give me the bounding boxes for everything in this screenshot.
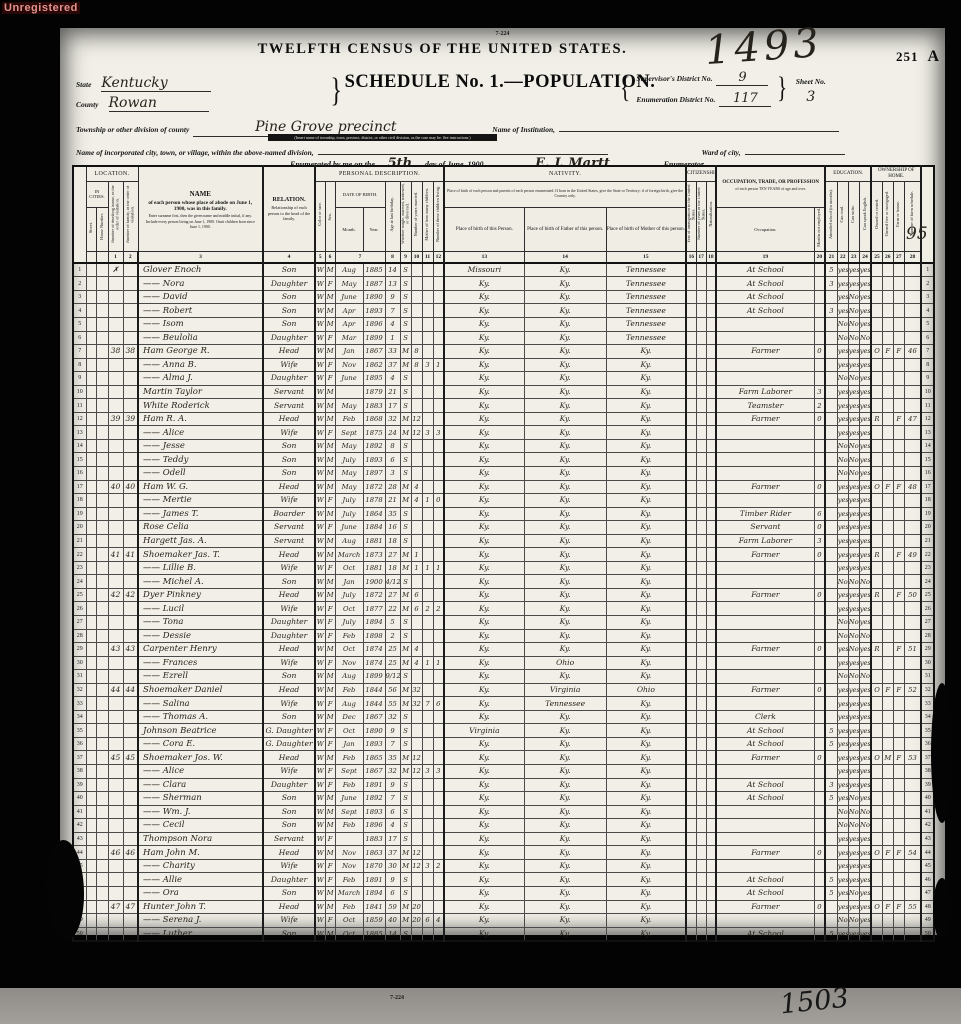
cell-street (86, 534, 96, 548)
cell-can-write: No (848, 372, 859, 386)
cell-attended-school: 5 (825, 737, 837, 751)
cell-attended-school: 5 (825, 873, 837, 887)
cell-birth-year: 1897 (363, 467, 385, 481)
table-row: 16 —— Odell Son W M May 1897 3 S Ky. Ky.… (73, 467, 934, 481)
cell-mother-of-children (422, 507, 433, 521)
cell-children-living (433, 805, 444, 819)
occupation-title: OCCUPATION, TRADE, OR PROFESSION (717, 180, 824, 186)
cell-speaks-english: yes (859, 304, 871, 318)
cell-immigration-year (686, 290, 696, 304)
cell-relation: Head (263, 412, 315, 426)
cell-months-not-employed (814, 616, 825, 630)
cell-sex: F (325, 277, 335, 291)
cell-immigration-year (686, 507, 696, 521)
cell-mother-birthplace: Ky. (606, 737, 686, 751)
cell-owned-rented (871, 792, 882, 806)
cell-months-not-employed (814, 290, 825, 304)
cell-years-married (411, 792, 422, 806)
cell-children-living (433, 263, 444, 277)
line-number-left: 19 (73, 507, 86, 521)
cell-father-birthplace: Ky. (524, 710, 606, 724)
cell-house-number (96, 805, 108, 819)
cell-family-number (123, 778, 138, 792)
cell-sex: F (325, 358, 335, 372)
cell-relation: Wife (263, 602, 315, 616)
cell-years-in-us (696, 507, 706, 521)
cell-color: W (315, 900, 325, 914)
line-number-left: 23 (73, 561, 86, 575)
cell-dwelling-number (108, 778, 123, 792)
cell-speaks-english: yes (859, 724, 871, 738)
cell-children-living (433, 778, 444, 792)
cell-months-not-employed (814, 710, 825, 724)
cell-sex: M (325, 263, 335, 277)
cell-years-married: 20 (411, 900, 422, 914)
cell-farm-house (893, 656, 904, 670)
cell-sex: F (325, 914, 335, 928)
cell-years-married: 32 (411, 697, 422, 711)
cell-birth-month: Oct (335, 914, 363, 928)
cell-mother-of-children (422, 277, 433, 291)
cell-father-birthplace: Ky. (524, 927, 606, 941)
cell-occupation: Farmer (716, 683, 814, 697)
cell-mother-birthplace: Ky. (606, 643, 686, 657)
cell-father-birthplace: Ky. (524, 521, 606, 535)
cell-attended-school (825, 846, 837, 860)
cell-name: —— Robert (138, 304, 263, 318)
cell-farm-schedule (904, 494, 921, 508)
cell-age: 55 (385, 697, 400, 711)
cell-naturalization (706, 534, 716, 548)
cell-occupation: Farmer (716, 412, 814, 426)
cell-mother-birthplace: Ky. (606, 467, 686, 481)
line-number-left: 1 (73, 263, 86, 277)
cell-father-birthplace: Ky. (524, 467, 606, 481)
cell-years-married (411, 290, 422, 304)
cell-family-number (123, 710, 138, 724)
cell-mother-of-children (422, 670, 433, 684)
cell-family-number (123, 467, 138, 481)
cell-mother-birthplace: Ky. (606, 534, 686, 548)
cell-birth-year: 1898 (363, 629, 385, 643)
cell-can-read: No (837, 616, 848, 630)
cell-name: —— Teddy (138, 453, 263, 467)
cell-birthplace: Ky. (444, 643, 524, 657)
cell-attended-school (825, 385, 837, 399)
cell-birthplace: Ky. (444, 426, 524, 440)
cell-attended-school (825, 467, 837, 481)
cell-owned-rented (871, 494, 882, 508)
cell-birth-month: Nov (335, 859, 363, 873)
line-number-left: 29 (73, 643, 86, 657)
cell-owned-rented (871, 467, 882, 481)
cell-sex: M (325, 439, 335, 453)
cell-father-birthplace: Ky. (524, 859, 606, 873)
cell-sex: M (325, 399, 335, 413)
cell-speaks-english: yes (859, 859, 871, 873)
cell-occupation (716, 358, 814, 372)
cell-months-not-employed (814, 914, 825, 928)
cell-attended-school: 3 (825, 778, 837, 792)
cell-father-birthplace: Ky. (524, 886, 606, 900)
cell-birth-year: 1874 (363, 643, 385, 657)
cell-house-number (96, 629, 108, 643)
cell-marital-status: S (400, 575, 411, 589)
cell-owned-rented (871, 914, 882, 928)
cell-years-in-us (696, 345, 706, 359)
cell-sex: F (325, 616, 335, 630)
cell-mother-birthplace: Ky. (606, 927, 686, 941)
cell-father-birthplace: Ky. (524, 616, 606, 630)
cell-attended-school (825, 358, 837, 372)
cell-age: 25 (385, 656, 400, 670)
line-number-left: 11 (73, 399, 86, 413)
cell-children-living (433, 453, 444, 467)
cell-occupation (716, 832, 814, 846)
cell-color: W (315, 561, 325, 575)
cell-speaks-english: yes (859, 792, 871, 806)
table-row: 15 —— Teddy Son W M July 1893 6 S Ky. Ky… (73, 453, 934, 467)
cell-mother-of-children (422, 439, 433, 453)
cell-house-number (96, 263, 108, 277)
cell-mother-of-children (422, 792, 433, 806)
cell-street (86, 914, 96, 928)
cell-owned-rented (871, 290, 882, 304)
cell-can-write: yes (848, 412, 859, 426)
cell-marital-status: S (400, 710, 411, 724)
cell-mother-of-children (422, 886, 433, 900)
cell-occupation: At School (716, 778, 814, 792)
cell-mother-of-children (422, 616, 433, 630)
mother-of-children-header: Mother of how many children. (422, 181, 433, 252)
cell-children-living (433, 439, 444, 453)
cell-street (86, 792, 96, 806)
cell-years-in-us (696, 277, 706, 291)
cell-immigration-year (686, 697, 696, 711)
cell-can-write: No (848, 467, 859, 481)
cell-children-living (433, 331, 444, 345)
cell-attended-school (825, 548, 837, 562)
cell-street (86, 697, 96, 711)
table-row: 17 40 40 Ham W. G. Head W M May 1872 28 … (73, 480, 934, 494)
cell-occupation: At School (716, 304, 814, 318)
cell-dwelling-number (108, 439, 123, 453)
cell-family-number (123, 521, 138, 535)
cell-street (86, 670, 96, 684)
line-number-right: 50 (921, 927, 934, 941)
cell-naturalization (706, 345, 716, 359)
cell-dwelling-number (108, 656, 123, 670)
cell-mother-birthplace: Ky. (606, 819, 686, 833)
cell-age: 9 (385, 290, 400, 304)
cell-farm-schedule (904, 507, 921, 521)
cell-family-number (123, 616, 138, 630)
cell-owned-rented (871, 724, 882, 738)
cell-years-in-us (696, 737, 706, 751)
cell-occupation: At School (716, 277, 814, 291)
cell-name: —— Alma J. (138, 372, 263, 386)
cell-farm-house (893, 304, 904, 318)
cell-can-read: yes (837, 656, 848, 670)
cell-street (86, 521, 96, 535)
cell-free-mortgaged (882, 494, 893, 508)
cell-relation: Wife (263, 765, 315, 779)
cell-immigration-year (686, 914, 696, 928)
cell-owned-rented (871, 805, 882, 819)
cell-house-number (96, 724, 108, 738)
cell-street (86, 656, 96, 670)
cell-children-living (433, 548, 444, 562)
speak-english-header: Can speak English. (859, 181, 871, 252)
cell-immigration-year (686, 399, 696, 413)
cell-family-number: 43 (123, 643, 138, 657)
farm-house-header: Farm or house. (893, 181, 904, 252)
cell-birthplace: Ky. (444, 494, 524, 508)
cell-birth-month: Jan (335, 737, 363, 751)
cell-sex: M (325, 819, 335, 833)
cell-sex: M (325, 385, 335, 399)
line-number-left: 36 (73, 737, 86, 751)
cell-speaks-english: yes (859, 358, 871, 372)
dwelling-number-header: Number of dwelling house, in the order o… (108, 181, 123, 252)
group-education: EDUCATION. (825, 166, 871, 181)
enumeration-district: Enumeration District No. 117 (636, 89, 771, 107)
table-row: 37 45 45 Shoemaker Jos. W. Head W M Feb … (73, 751, 934, 765)
cell-immigration-year (686, 385, 696, 399)
cell-speaks-english: yes (859, 467, 871, 481)
cell-age: 13 (385, 277, 400, 291)
cell-birth-month: Jan (335, 345, 363, 359)
cell-can-read: yes (837, 426, 848, 440)
cell-father-birthplace: Ky. (524, 792, 606, 806)
cell-attended-school (825, 602, 837, 616)
cell-years-in-us (696, 683, 706, 697)
cell-dwelling-number (108, 832, 123, 846)
cell-father-birthplace: Ky. (524, 765, 606, 779)
cell-marital-status: S (400, 263, 411, 277)
cell-can-write: yes (848, 710, 859, 724)
cell-owned-rented (871, 561, 882, 575)
cell-mother-of-children (422, 304, 433, 318)
cell-marital-status: S (400, 616, 411, 630)
cell-birthplace: Ky. (444, 819, 524, 833)
cell-name: Dyer Pinkney (138, 588, 263, 602)
cell-can-write: yes (848, 737, 859, 751)
cell-birth-month: Oct (335, 643, 363, 657)
cell-months-not-employed (814, 832, 825, 846)
cell-speaks-english: yes (859, 521, 871, 535)
cell-age: 6 (385, 805, 400, 819)
cell-naturalization (706, 494, 716, 508)
cell-months-not-employed (814, 778, 825, 792)
cell-can-read: yes (837, 358, 848, 372)
cell-occupation: At School (716, 724, 814, 738)
cell-birthplace: Ky. (444, 372, 524, 386)
cell-immigration-year (686, 453, 696, 467)
cell-sex: F (325, 859, 335, 873)
table-row: 34 —— Thomas A. Son W M Dec 1867 32 S Ky… (73, 710, 934, 724)
cell-birth-month: Feb (335, 819, 363, 833)
cell-can-write: No (848, 914, 859, 928)
cell-naturalization (706, 737, 716, 751)
cell-relation: Head (263, 683, 315, 697)
cell-farm-house: F (893, 643, 904, 657)
relation-title: RELATION. (264, 197, 314, 203)
cell-attended-school (825, 914, 837, 928)
cell-marital-status: M (400, 914, 411, 928)
cell-occupation (716, 426, 814, 440)
cell-owned-rented (871, 737, 882, 751)
cell-months-not-employed (814, 277, 825, 291)
cell-can-write: No (848, 304, 859, 318)
cell-months-not-employed (814, 737, 825, 751)
cell-birth-month: June (335, 521, 363, 535)
cell-farm-house (893, 399, 904, 413)
cell-owned-rented (871, 832, 882, 846)
state-label: State (76, 80, 91, 89)
cell-birth-month (335, 832, 363, 846)
cell-years-married (411, 805, 422, 819)
cell-speaks-english: yes (859, 765, 871, 779)
cell-age: 6 (385, 453, 400, 467)
cell-attended-school (825, 426, 837, 440)
cell-naturalization (706, 277, 716, 291)
cell-color: W (315, 697, 325, 711)
cell-relation: Daughter (263, 778, 315, 792)
cell-mother-of-children (422, 683, 433, 697)
line-number-right: 23 (921, 561, 934, 575)
cell-father-birthplace: Ky. (524, 263, 606, 277)
date-of-birth-header: DATE OF BIRTH. (335, 181, 385, 207)
cell-birthplace: Ky. (444, 480, 524, 494)
cell-farm-house (893, 521, 904, 535)
city-label: Name of incorporated city, town, or vill… (76, 148, 314, 157)
cell-owned-rented (871, 656, 882, 670)
cell-birth-year: 1877 (363, 602, 385, 616)
cell-street (86, 480, 96, 494)
cell-relation: Head (263, 345, 315, 359)
cell-attended-school (825, 317, 837, 331)
cell-family-number (123, 832, 138, 846)
bottom-handwritten-note: 1503 (779, 982, 851, 1020)
cell-can-read: yes (837, 697, 848, 711)
cell-years-in-us (696, 561, 706, 575)
line-number-left: 10 (73, 385, 86, 399)
cell-speaks-english: yes (859, 697, 871, 711)
cell-family-number (123, 914, 138, 928)
cell-dwelling-number: 39 (108, 412, 123, 426)
cell-color: W (315, 629, 325, 643)
line-number-left: 30 (73, 656, 86, 670)
line-number-right: 44 (921, 846, 934, 860)
cell-immigration-year (686, 494, 696, 508)
county-value: Rowan (109, 95, 209, 112)
line-number-left: 40 (73, 792, 86, 806)
cell-street (86, 900, 96, 914)
cell-color: W (315, 534, 325, 548)
cell-age: 8 (385, 439, 400, 453)
cell-attended-school: 5 (825, 792, 837, 806)
cell-farm-schedule (904, 792, 921, 806)
cell-marital-status: S (400, 886, 411, 900)
cell-mother-of-children: 2 (422, 602, 433, 616)
cell-free-mortgaged (882, 697, 893, 711)
years-in-us-header: Number of years in the United States. (696, 181, 706, 252)
cell-free-mortgaged (882, 304, 893, 318)
cell-birth-month: Feb (335, 900, 363, 914)
cell-naturalization (706, 331, 716, 345)
cell-mother-birthplace: Tennessee (606, 263, 686, 277)
cell-marital-status: M (400, 846, 411, 860)
line-number-left: 24 (73, 575, 86, 589)
cell-naturalization (706, 778, 716, 792)
cell-family-number (123, 385, 138, 399)
line-number-left: 28 (73, 629, 86, 643)
cell-farm-house (893, 819, 904, 833)
cell-dwelling-number (108, 467, 123, 481)
cell-speaks-english: yes (859, 317, 871, 331)
cell-farm-house (893, 629, 904, 643)
cell-birth-year: 1867 (363, 345, 385, 359)
cell-mother-of-children (422, 751, 433, 765)
cell-farm-schedule: 46 (904, 345, 921, 359)
marital-status-header: Whether single, married, widowed, or div… (400, 181, 411, 252)
cell-name: —— Mertie (138, 494, 263, 508)
table-row: 41 —— Wm. J. Son W M Sept 1893 6 S Ky. K… (73, 805, 934, 819)
cell-birthplace: Ky. (444, 358, 524, 372)
cell-years-in-us (696, 792, 706, 806)
cell-house-number (96, 439, 108, 453)
cell-birthplace: Ky. (444, 697, 524, 711)
cell-color: W (315, 819, 325, 833)
cell-speaks-english: yes (859, 494, 871, 508)
cell-can-read: yes (837, 886, 848, 900)
cell-birthplace: Ky. (444, 832, 524, 846)
cell-can-write: yes (848, 927, 859, 941)
table-row: 24 —— Michel A. Son W M Jan 1900 4/12 S … (73, 575, 934, 589)
cell-name: Ham W. G. (138, 480, 263, 494)
cell-street (86, 819, 96, 833)
cell-owned-rented (871, 426, 882, 440)
cell-mother-birthplace: Ky. (606, 629, 686, 643)
cell-can-write: yes (848, 765, 859, 779)
cell-birth-month: July (335, 588, 363, 602)
cell-free-mortgaged (882, 792, 893, 806)
cell-relation: Son (263, 304, 315, 318)
cell-can-read: No (837, 331, 848, 345)
cell-mother-birthplace: Ky. (606, 385, 686, 399)
year-header: Year. (363, 207, 385, 252)
cell-name: Ham John M. (138, 846, 263, 860)
cell-name: Thompson Nora (138, 832, 263, 846)
cell-birthplace: Ky. (444, 805, 524, 819)
cell-mother-birthplace: Ky. (606, 846, 686, 860)
table-row: 20 Rose Celia Servant W F June 1884 16 S… (73, 521, 934, 535)
cell-sex: M (325, 480, 335, 494)
cell-sex: M (325, 304, 335, 318)
cell-family-number (123, 494, 138, 508)
cell-birth-month: Aug (335, 534, 363, 548)
cell-occupation (716, 765, 814, 779)
cell-dwelling-number (108, 277, 123, 291)
cell-birthplace: Ky. (444, 277, 524, 291)
cell-occupation (716, 914, 814, 928)
cell-naturalization (706, 859, 716, 873)
cell-dwelling-number: ✗ (108, 263, 123, 277)
cell-farm-schedule: 55 (904, 900, 921, 914)
line-number-left: 38 (73, 765, 86, 779)
table-row: 12 39 39 Ham R. A. Head W M Feb 1868 32 … (73, 412, 934, 426)
